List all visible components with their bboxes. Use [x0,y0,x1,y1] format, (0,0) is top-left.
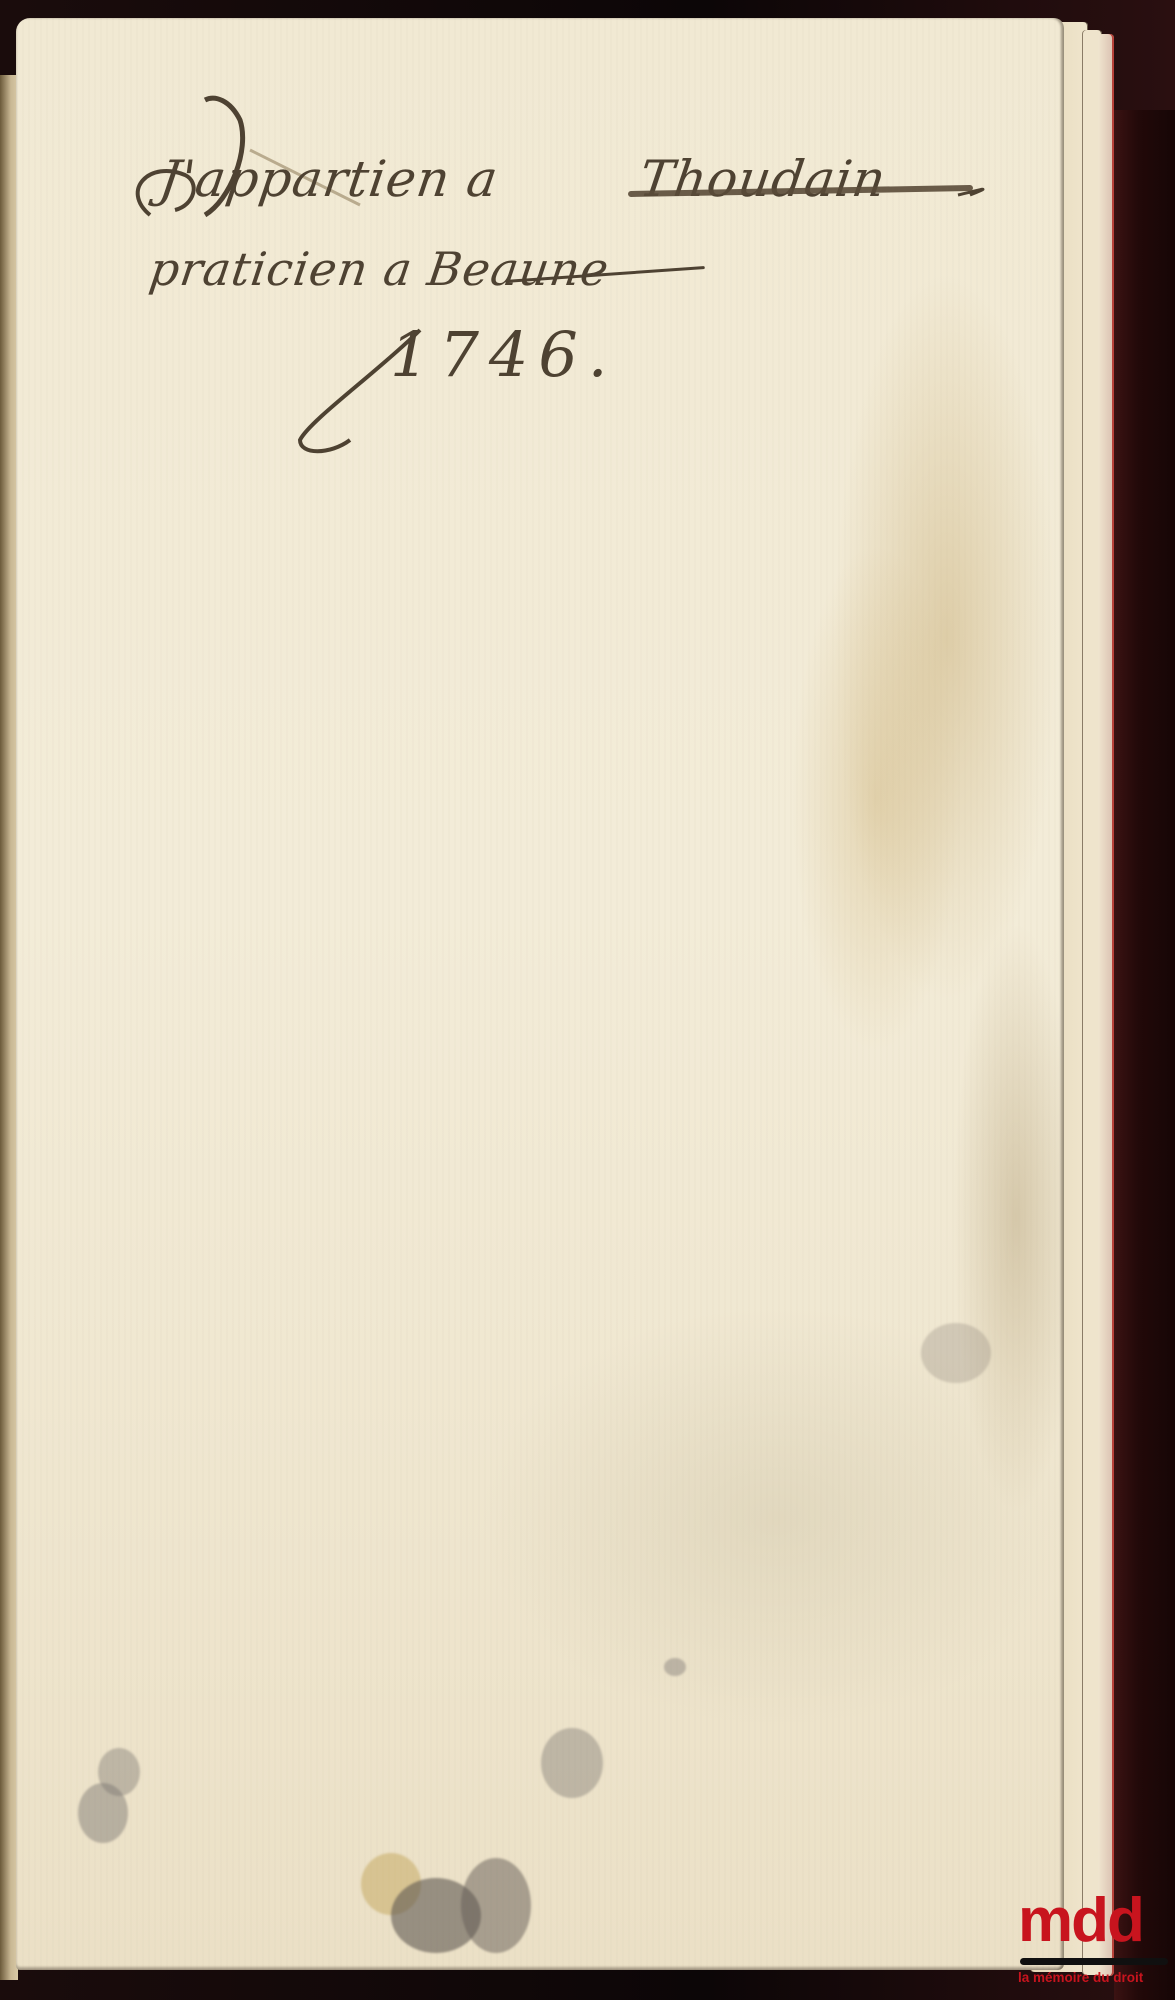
foxing-stain [461,1858,531,1953]
inscription-year: 1746. [390,318,618,391]
inscription-line-2: praticien a Beaune [146,242,613,296]
foxing-stain [921,1323,991,1383]
foxing-stain [664,1658,686,1676]
logo-underline-bar [1020,1958,1168,1965]
mdd-logo: mdd la mémoire du droit [1018,1890,1175,2000]
ownership-inscription: J'appartien a Thoudain praticien a Beaun… [0,0,1175,500]
foxing-stain [541,1728,603,1798]
logo-tagline: la mémoire du droit [1018,1970,1143,1985]
inscription-line-1: J'appartien a [156,150,502,208]
logo-wordmark: mdd [1018,1890,1143,1952]
foxing-stain [98,1748,140,1796]
inscription-struck-name: Thoudain [636,150,890,208]
book-photo: J'appartien a Thoudain praticien a Beaun… [0,0,1175,2000]
